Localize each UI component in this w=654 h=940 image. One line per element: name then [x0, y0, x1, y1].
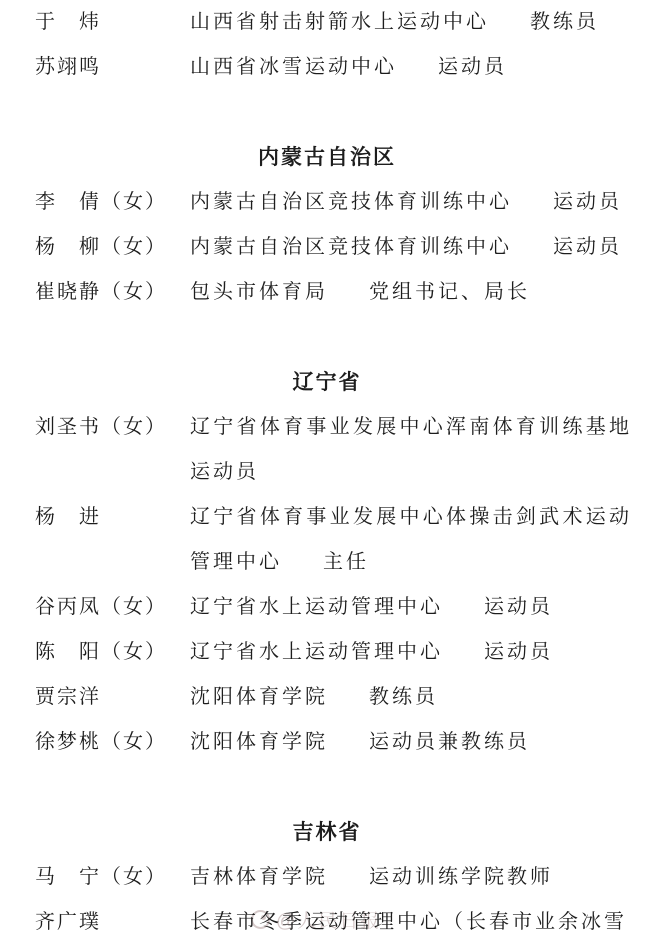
org-role-separator	[397, 56, 438, 78]
org-role-separator	[328, 281, 369, 303]
document-page: { "page": { "background": "#ffffff", "te…	[0, 0, 654, 940]
entry-detail: 辽宁省体育事业发展中心浑南体育训练基地 运动员	[190, 405, 632, 495]
entry-role: 运动员	[553, 191, 622, 213]
entry-row: 陈 阳（女）辽宁省水上运动管理中心 运动员	[35, 630, 632, 675]
entry-name: 于 炜	[35, 0, 190, 45]
entry-detail: 内蒙古自治区竞技体育训练中心 运动员	[190, 180, 632, 225]
org-role-separator	[328, 731, 369, 753]
entry-detail: 辽宁省水上运动管理中心 运动员	[190, 630, 632, 675]
entry-detail: 吉林体育学院 运动训练学院教师	[190, 855, 632, 900]
entry-role: 主任	[323, 551, 369, 573]
entry-name: 杨 进	[35, 495, 190, 585]
entry-row: 贾宗洋沈阳体育学院 教练员	[35, 675, 632, 720]
entry-row: 杨 柳（女）内蒙古自治区竞技体育训练中心 运动员	[35, 225, 632, 270]
entry-role: 运动训练学院教师	[369, 866, 553, 888]
entry-name: 徐梦桃（女）	[35, 720, 190, 765]
entry-row: 崔晓静（女）包头市体育局 党组书记、局长	[35, 270, 632, 315]
entry-detail: 沈阳体育学院 运动员兼教练员	[190, 720, 632, 765]
entry-detail: 山西省冰雪运动中心 运动员	[190, 45, 632, 90]
entry-org: 辽宁省体育事业发展中心体操击剑武术运动管理中心	[190, 506, 632, 573]
entry-org: 长春市冬季运动管理中心（长春市业余冰雪	[190, 911, 627, 933]
entry-role: 党组书记、局长	[369, 281, 530, 303]
entry-detail: 长春市冬季运动管理中心（长春市业余冰雪	[190, 900, 632, 940]
entry-role: 运动员	[553, 236, 622, 258]
entry-role: 教练员	[369, 686, 438, 708]
entry-row: 李 倩（女）内蒙古自治区竞技体育训练中心 运动员	[35, 180, 632, 225]
entry-org: 辽宁省体育事业发展中心浑南体育训练基地	[190, 416, 632, 438]
entry-row: 刘圣书（女）辽宁省体育事业发展中心浑南体育训练基地 运动员	[35, 405, 632, 495]
entry-name: 齐广璞	[35, 900, 190, 940]
entry-row: 于 炜山西省射击射箭水上运动中心 教练员	[35, 0, 632, 45]
org-role-separator	[328, 866, 369, 888]
entry-name: 陈 阳（女）	[35, 630, 190, 675]
entry-org: 吉林体育学院	[190, 866, 328, 888]
section-title: 内蒙古自治区	[0, 135, 654, 180]
org-role-separator	[443, 641, 484, 663]
org-role-separator	[512, 236, 553, 258]
entry-row: 徐梦桃（女）沈阳体育学院 运动员兼教练员	[35, 720, 632, 765]
org-role-separator	[443, 596, 484, 618]
entry-name: 马 宁（女）	[35, 855, 190, 900]
org-role-separator	[489, 11, 530, 33]
entry-detail: 辽宁省体育事业发展中心体操击剑武术运动管理中心 主任	[190, 495, 632, 585]
entry-name: 谷丙凤（女）	[35, 585, 190, 630]
entry-org: 山西省射击射箭水上运动中心	[190, 11, 489, 33]
section-title: 辽宁省	[0, 360, 654, 405]
entry-org: 包头市体育局	[190, 281, 328, 303]
entry-detail: 山西省射击射箭水上运动中心 教练员	[190, 0, 632, 45]
entry-detail: 沈阳体育学院 教练员	[190, 675, 632, 720]
entry-role: 运动员兼教练员	[369, 731, 530, 753]
org-role-separator	[282, 551, 323, 573]
entry-org: 内蒙古自治区竞技体育训练中心	[190, 236, 512, 258]
org-role-separator	[512, 191, 553, 213]
entry-row: 苏翊鸣山西省冰雪运动中心 运动员	[35, 45, 632, 90]
entry-org: 内蒙古自治区竞技体育训练中心	[190, 191, 512, 213]
document-body: 于 炜山西省射击射箭水上运动中心 教练员苏翊鸣山西省冰雪运动中心 运动员内蒙古自…	[0, 0, 654, 940]
entry-name: 刘圣书（女）	[35, 405, 190, 495]
entry-row: 马 宁（女）吉林体育学院 运动训练学院教师	[35, 855, 632, 900]
entry-detail: 内蒙古自治区竞技体育训练中心 运动员	[190, 225, 632, 270]
entry-org: 沈阳体育学院	[190, 686, 328, 708]
entry-org: 辽宁省水上运动管理中心	[190, 596, 443, 618]
entry-org: 山西省冰雪运动中心	[190, 56, 397, 78]
entry-detail: 包头市体育局 党组书记、局长	[190, 270, 632, 315]
entry-row: 齐广璞长春市冬季运动管理中心（长春市业余冰雪	[35, 900, 632, 940]
entry-role: 运动员	[484, 641, 553, 663]
entry-name: 杨 柳（女）	[35, 225, 190, 270]
entry-role: 运动员	[484, 596, 553, 618]
entry-name: 苏翊鸣	[35, 45, 190, 90]
entry-name: 贾宗洋	[35, 675, 190, 720]
entry-org: 辽宁省水上运动管理中心	[190, 641, 443, 663]
section-title: 吉林省	[0, 810, 654, 855]
entry-role: 运动员	[438, 56, 507, 78]
entry-detail: 辽宁省水上运动管理中心 运动员	[190, 585, 632, 630]
entry-org: 沈阳体育学院	[190, 731, 328, 753]
entry-name: 李 倩（女）	[35, 180, 190, 225]
entry-name: 崔晓静（女）	[35, 270, 190, 315]
entry-role: 教练员	[530, 11, 599, 33]
entry-row: 谷丙凤（女）辽宁省水上运动管理中心 运动员	[35, 585, 632, 630]
entry-role: 运动员	[190, 461, 259, 483]
entry-row: 杨 进辽宁省体育事业发展中心体操击剑武术运动管理中心 主任	[35, 495, 632, 585]
org-role-separator	[328, 686, 369, 708]
